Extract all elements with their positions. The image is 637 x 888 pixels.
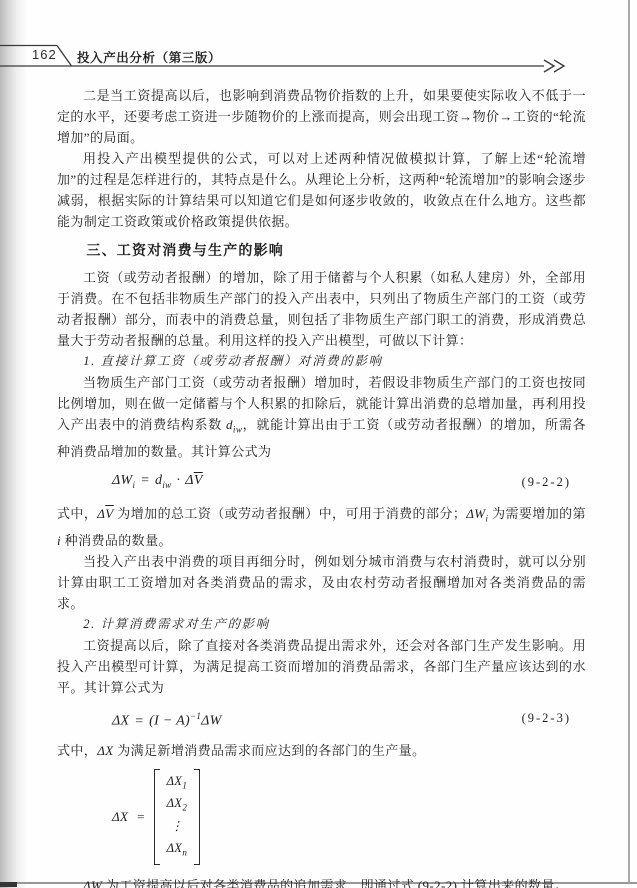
math-var-d: d: [226, 417, 233, 432]
chevron-right-icon: [554, 60, 564, 72]
text-run: 式中，: [57, 506, 97, 521]
math-var-v-bar: V: [194, 473, 203, 488]
math-sub: 2: [182, 803, 187, 813]
paragraph-wage-consumption: 工资（或劳动者报酬）的增加，除了用于储蓄与个人积累（如私人建房）外，全部用于消费…: [57, 267, 586, 351]
text-run: 式中，: [57, 743, 97, 758]
equals-sign: =: [140, 473, 150, 488]
math-var: ΔX: [167, 774, 183, 788]
matrix-equation: ΔX = ΔX1 ΔX2 ⋮ ΔXn: [112, 769, 586, 865]
dot-operator: ·: [176, 473, 180, 488]
math-var-delta-w: ΔW: [112, 473, 132, 488]
paragraph-simulation-calc: 用投入产出模型提供的公式，可以对上述两种情况做模拟计算，了解上述“轮流增加”的过…: [57, 148, 586, 232]
list-item-2: 2. 计算消费需求对生产的影响: [57, 614, 586, 635]
formula-9-2-2: ΔWi=diw·ΔV (9-2-2): [57, 470, 586, 496]
vector-entry: ΔX2: [167, 794, 188, 817]
math-var: ΔX: [167, 841, 183, 855]
page-number: 162: [32, 47, 57, 62]
equals-sign: =: [136, 806, 145, 827]
text-run: 为增加的总工资（或劳动者报酬）中，可用于消费的部分；: [114, 506, 467, 521]
text-run: 为满足新增消费品需求而应达到的各部门的生产量。: [114, 743, 426, 758]
vector-ellipsis: ⋮: [167, 817, 188, 840]
vector-entry: ΔXn: [167, 839, 188, 862]
math-var-delta-x: ΔX: [97, 743, 113, 758]
paragraph-wage-price-cycle: 二是当工资提高以后，也影响到消费品物价指数的上升，如果要使实际收入不低于一定的水…: [57, 85, 586, 148]
math-var: ΔX: [167, 796, 183, 810]
paragraph-production-impact: 工资提高以后，除了直接对各类消费品提出需求外，还会对各部门生产发生影响。用投入产…: [57, 635, 586, 698]
math-var-delta-x: ΔX: [112, 806, 128, 827]
math-leontief-inverse: (I − A): [149, 714, 190, 729]
vector-entry: ΔX1: [167, 772, 188, 795]
text-run: 为工资提高以后对各类消费品的追加需求，即通过式 (9-2-2) 计算出来的数量。: [102, 878, 568, 888]
math-sub: i: [132, 479, 135, 489]
text-run: 种消费品的数量。: [61, 533, 172, 548]
math-var-delta-x: ΔX: [112, 714, 129, 729]
paragraph-direct-calc: 当物质生产部门工资（或劳动者报酬）增加时，若假设非物质生产部门的工资也按同比例增…: [57, 372, 586, 462]
math-var-delta-w: ΔW: [466, 506, 485, 521]
math-var-delta-w: ΔW: [83, 878, 102, 888]
paragraph-formula1-explain: 式中，ΔV 为增加的总工资（或劳动者报酬）中，可用于消费的部分；ΔWi 为需要增…: [57, 503, 586, 551]
paragraph-formula2-explain: 式中，ΔX 为满足新增消费品需求而应达到的各部门的生产量。: [57, 740, 586, 761]
math-sup: −1: [190, 711, 201, 721]
book-page: 162 投入产出分析（第三版） 二是当工资提高以后，也影响到消费品物价指数的上升…: [0, 0, 637, 888]
equals-sign: =: [134, 714, 144, 729]
page-body: 二是当工资提高以后，也影响到消费品物价指数的上升，如果要使实际收入不低于一定的水…: [57, 85, 586, 888]
column-vector: ΔX1 ΔX2 ⋮ ΔXn: [154, 769, 201, 865]
math-var-delta-w: ΔW: [201, 714, 221, 729]
equation-expression: ΔWi=diw·ΔV: [112, 470, 203, 496]
book-title: 投入产出分析（第三版）: [77, 48, 221, 66]
list-item-1: 1. 直接计算工资（或劳动者报酬）对消费的影响: [57, 351, 586, 372]
page-right-edge: [628, 0, 630, 884]
section-heading: 三、工资对消费与生产的影响: [57, 240, 586, 261]
chevron-right-icon: [544, 60, 554, 72]
math-sub: 1: [182, 780, 187, 790]
page-gutter-shadow: [0, 0, 27, 888]
math-sub: iw: [162, 479, 171, 489]
right-bracket: [194, 769, 200, 865]
formula-9-2-3: ΔX=(I − A)−1ΔW (9-2-3): [57, 706, 586, 732]
equation-expression: ΔX=(I − A)−1ΔW: [112, 706, 222, 732]
math-sub: n: [182, 848, 187, 858]
math-var-v-bar: V: [105, 506, 113, 521]
math-delta: Δ: [185, 473, 194, 488]
equation-number: (9-2-3): [522, 708, 571, 729]
text-run: 为需要增加的第: [488, 506, 586, 521]
page-corner-mark: [0, 882, 17, 887]
vdots-glyph: ⋮: [170, 819, 183, 833]
paragraph-delta-w-explain: ΔW 为工资提高以后对各类消费品的追加需求，即通过式 (9-2-2) 计算出来的…: [57, 875, 586, 888]
paragraph-urban-rural: 当投入产出表中消费的项目再细分时，例如划分城市消费与农村消费时，就可以分别计算由…: [57, 551, 586, 614]
vector-entries: ΔX1 ΔX2 ⋮ ΔXn: [160, 769, 195, 865]
equation-number: (9-2-2): [522, 472, 571, 493]
math-sub: iw: [233, 425, 242, 435]
